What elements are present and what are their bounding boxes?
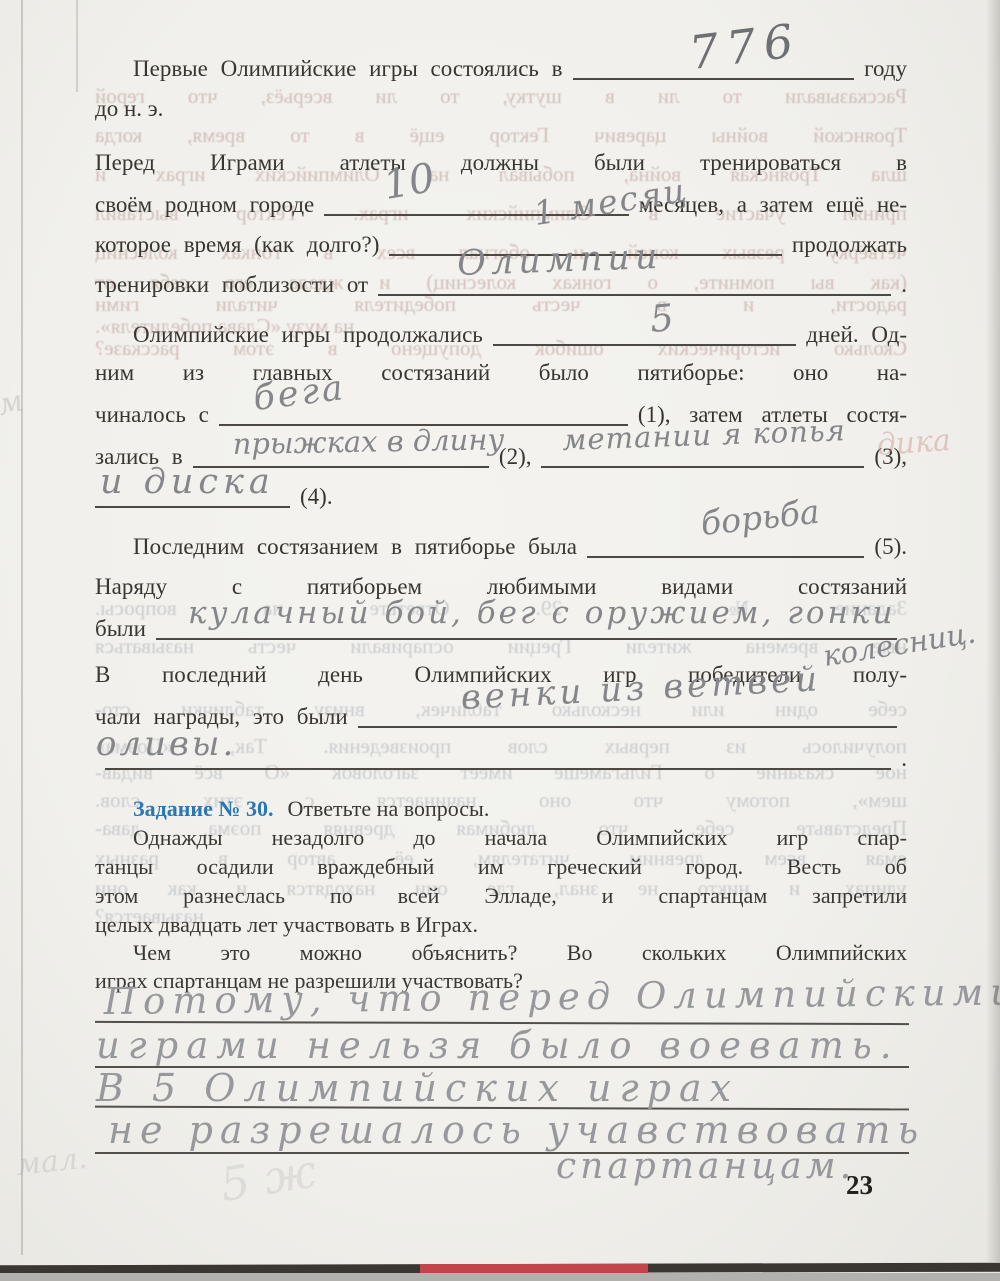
book-bottom-edge-grey — [0, 1273, 1000, 1281]
handwritten-days: 5 — [648, 296, 675, 341]
page-crease-line-top — [76, 0, 78, 92]
printed-text: Первые Олимпийские игры состоялись в — [133, 52, 563, 86]
page-right-shadow — [986, 0, 1000, 1262]
handwritten-event4: и диска — [100, 462, 275, 502]
book-bottom-edge-red-segment — [420, 1264, 648, 1273]
task-heading: Задание № 30. Ответьте на вопросы. — [95, 795, 907, 824]
handwritten-answer-line5: спартанцам. — [556, 1146, 855, 1187]
workbook-page: Рассказывали то ли в шутку, то ли всерьё… — [0, 0, 1000, 1281]
printed-line: Олимпийские игры продолжались дней. Од- — [95, 316, 907, 352]
printed-text: (4). — [300, 480, 333, 514]
printed-line: Однажды незадолго до начала Олимпийских … — [95, 824, 907, 853]
erased-pencil-note: мал. — [14, 1141, 89, 1183]
printed-line: Перед Играми атлеты должны были трениров… — [95, 146, 907, 182]
printed-line: до н. э. — [95, 92, 907, 128]
printed-line: ним из главных состязаний было пятиборье… — [95, 356, 907, 392]
handwritten-months: 10 — [380, 155, 438, 209]
printed-text: чиналось с — [95, 398, 209, 432]
printed-text: . — [901, 742, 907, 776]
printed-text: году — [864, 52, 907, 86]
task-title: Ответьте на вопросы. — [287, 795, 489, 824]
printed-text: продолжать — [792, 228, 907, 262]
handwritten-place: Олимпии — [457, 237, 663, 284]
handwritten-awards-line2: оливы. — [96, 724, 236, 764]
printed-text: которое время (как долго?) — [95, 228, 379, 262]
printed-text: были — [95, 612, 146, 646]
printed-line: целых двадцать лет участвовать в Играх. — [95, 911, 907, 940]
faint-margin-note: дика — [876, 423, 952, 463]
task-number-label: Задание № 30. — [133, 795, 273, 824]
handwritten-answer-line1: Потому, что перед Олимпийскими — [104, 970, 1000, 1023]
printed-text: своём родном городе — [95, 188, 314, 222]
handwritten-answer-line2: играми нельзя было воевать. — [96, 1024, 900, 1067]
page-number: 23 — [846, 1170, 873, 1201]
printed-text: (5). — [874, 530, 907, 564]
printed-text: . — [901, 268, 907, 302]
fill-in-blank-days — [493, 316, 797, 346]
handwritten-answer-line3: В 5 Олимпийских играх — [96, 1066, 739, 1110]
page-crease-line — [21, 0, 23, 1255]
handwritten-favorites-line1: кулачный бой, бег с оружием, гонки — [188, 595, 895, 631]
printed-line: танцы осадили враждебный им греческий го… — [95, 853, 907, 882]
paragraph-indent — [95, 795, 133, 824]
printed-text: Последним состязанием в пятиборье была — [133, 530, 577, 564]
printed-text: тренировки поблизости от — [95, 268, 368, 302]
handwritten-event2: прыжках в длину — [232, 422, 504, 461]
printed-line: своём родном городе месяцев, а затем ещё… — [95, 186, 907, 222]
printed-line: Чем это можно объяснить? Во скольких Оли… — [95, 939, 907, 968]
printed-text: Олимпийские игры продолжались — [133, 318, 483, 352]
printed-line: этом разнеслась по всей Элладе, и спарта… — [95, 882, 907, 911]
printed-text: дней. Од- — [806, 318, 907, 352]
